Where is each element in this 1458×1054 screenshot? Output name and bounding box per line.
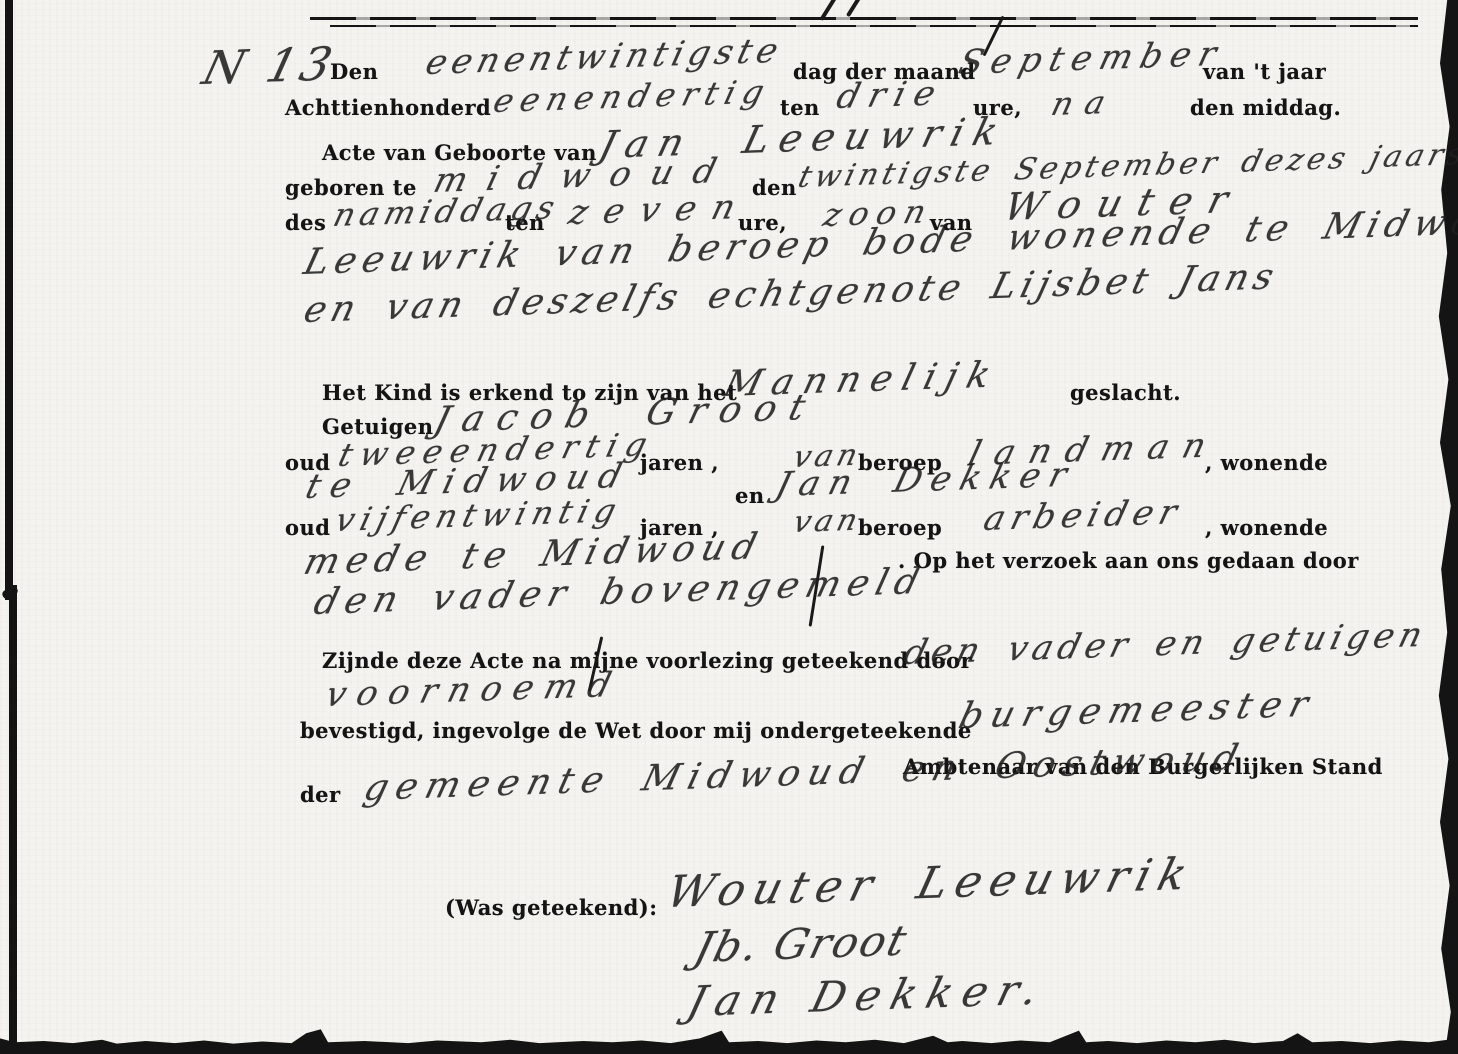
handwritten-municipality: gemeente Midwoud en Oostwoud	[360, 740, 1250, 808]
printed-bevestigd: bevestigd, ingevolge de Wet door mij ond…	[300, 720, 972, 741]
ink-flourish-top-2	[846, 0, 862, 17]
printed-jaren-1: jaren ,	[640, 452, 719, 473]
printed-des: des	[285, 212, 326, 233]
signature-witness2: Jan Dekker.	[683, 968, 1053, 1024]
signature-witness1: Jb. Groot	[690, 919, 913, 970]
handwritten-year-word: eenendertig	[490, 75, 774, 118]
printed-der: der	[300, 784, 341, 805]
handwritten-signed-by: den vader en getuigen	[900, 618, 1431, 672]
scan-edge-left-lower	[9, 585, 17, 1054]
printed-den: Den	[330, 61, 378, 82]
printed-den-2: den	[752, 177, 797, 198]
printed-achttienhonderd: Achttienhonderd	[285, 97, 491, 118]
scan-edge-bottom	[0, 1028, 1458, 1054]
printed-wonende-1: , wonende	[1205, 452, 1328, 473]
handwritten-official-title: burgemeester	[955, 686, 1320, 736]
printed-beroep-2: beroep	[858, 517, 942, 538]
document-scan: { "ink": "#161616", "paper": "#f4f3ef", …	[0, 0, 1458, 1054]
printed-op-verzoek: . Op het verzoek aan ons gedaan door	[898, 550, 1359, 571]
printed-en: en	[735, 485, 765, 506]
printed-ten-2: ten	[505, 212, 545, 233]
handwritten-van-2: van	[790, 505, 865, 539]
printed-oud-2: oud	[285, 517, 330, 538]
handwritten-hour-word: drie	[833, 76, 948, 115]
top-rule-upper	[310, 17, 1418, 20]
signature-father: Wouter Leeuwrik	[662, 852, 1199, 916]
printed-geslacht: geslacht.	[1070, 382, 1181, 403]
printed-den-middag: den middag.	[1190, 97, 1341, 118]
handwritten-signed-by-2: voornoemd	[322, 668, 626, 714]
handwritten-birth-hour: zeven	[565, 190, 755, 232]
handwritten-witness2-age: vijfentwintig	[332, 494, 625, 537]
act-number: N 13	[198, 40, 341, 93]
printed-van-t-jaar: van 't jaar	[1203, 61, 1326, 82]
top-rule-lower	[330, 25, 1418, 27]
handwritten-daypart: na	[1048, 86, 1121, 122]
printed-was-geteekend: (Was geteekend):	[445, 897, 657, 918]
handwritten-witness2-occupation: arbeider	[980, 495, 1186, 537]
printed-wonende-2: , wonende	[1205, 517, 1328, 538]
handwritten-month: September	[955, 37, 1228, 82]
scan-edge-left-upper	[5, 0, 13, 600]
printed-zijnde: Zijnde deze Acte na mijne voorlezing get…	[322, 650, 972, 671]
